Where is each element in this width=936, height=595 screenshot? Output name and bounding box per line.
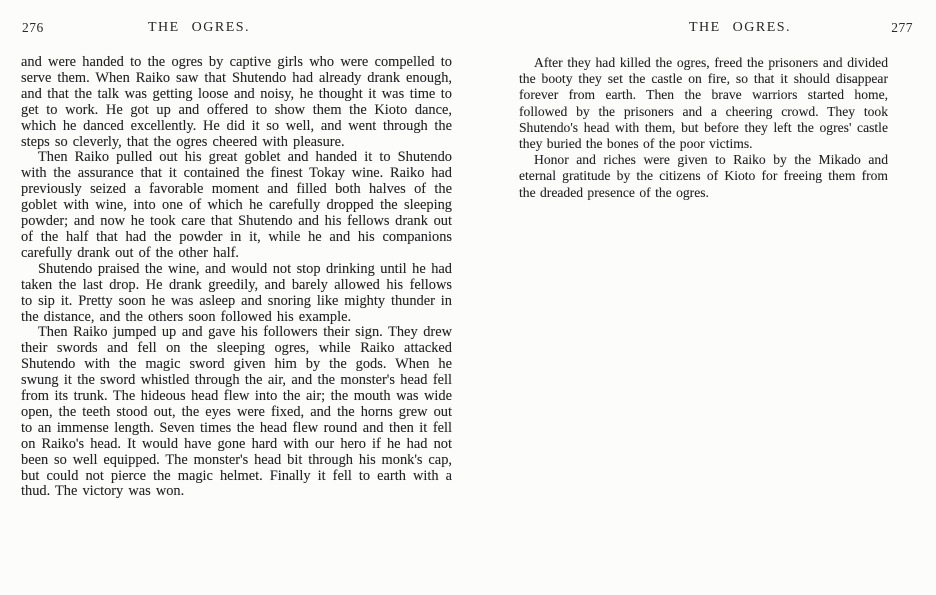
left-running-title: THE OGRES.	[148, 20, 250, 36]
right-running-title: THE OGRES.	[689, 20, 791, 36]
left-page-number: 276	[22, 20, 44, 36]
paragraph: After they had killed the ogres, freed t…	[519, 55, 888, 152]
right-page: THE OGRES. 277 After they had killed the…	[519, 18, 888, 201]
right-page-number: 277	[891, 20, 913, 36]
book-spread: { "colors": { "paper": "#fcfcfb", "ink":…	[0, 0, 936, 595]
left-page: 276 THE OGRES. and were handed to the og…	[21, 18, 452, 500]
left-page-header: 276 THE OGRES.	[21, 18, 452, 55]
paragraph: and were handed to the ogres by captive …	[21, 55, 452, 150]
paragraph: Shutendo praised the wine, and would not…	[21, 262, 452, 326]
paragraph: Then Raiko pulled out his great goblet a…	[21, 150, 452, 261]
right-page-header: THE OGRES. 277	[519, 18, 888, 55]
left-page-body: and were handed to the ogres by captive …	[21, 55, 452, 500]
paragraph: Honor and riches were given to Raiko by …	[519, 152, 888, 201]
paragraph: Then Raiko jumped up and gave his follow…	[21, 325, 452, 500]
right-page-body: After they had killed the ogres, freed t…	[519, 55, 888, 201]
